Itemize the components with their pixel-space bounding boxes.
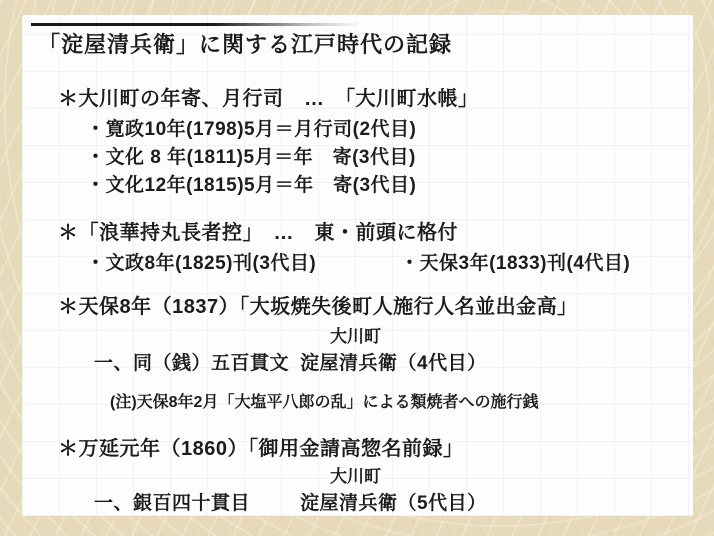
section-1-item: ・文化12年(1815)5月＝年 寄(3代目) — [86, 175, 416, 198]
section-3-note: (注)天保8年2月「大塩平八郎の乱」による類焼者への施行銭 — [110, 393, 538, 412]
section-3-header: ＊天保8年（1837）「大坂焼失後町人施行人名並出金高」 — [58, 295, 578, 319]
slide-background: 「淀屋清兵衛」に関する江戸時代の記録 ＊大川町の年寄、月行司 … 「大川町水帳」… — [0, 0, 714, 536]
section-2-item: ・天保3年(1833)刊(4代目) — [400, 253, 630, 276]
section-3-place-label: 大川町 — [330, 327, 381, 347]
entry-amount: 一、銀百四十貫目 — [94, 493, 250, 514]
section-1-header: ＊大川町の年寄、月行司 … 「大川町水帳」 — [58, 87, 479, 111]
top-rule — [31, 23, 361, 26]
slide-title: 「淀屋清兵衛」に関する江戸時代の記録 — [38, 32, 452, 58]
entry-amount: 一、同（銭）五百貫文 — [94, 353, 289, 374]
section-4-entry: 一、銀百四十貫目 淀屋清兵衛（5代目） — [94, 493, 250, 516]
content-panel: 「淀屋清兵衛」に関する江戸時代の記録 ＊大川町の年寄、月行司 … 「大川町水帳」… — [22, 15, 693, 516]
section-3-entry: 一、同（銭）五百貫文 淀屋清兵衛（4代目） — [94, 353, 289, 376]
section-2-items: ・文政8年(1825)刊(3代目) ・天保3年(1833)刊(4代目) — [86, 253, 316, 276]
section-4-header: ＊万延元年（1860）「御用金請高惣名前録」 — [58, 437, 464, 461]
section-1-item: ・寛政10年(1798)5月＝月行司(2代目) — [86, 119, 416, 142]
section-1-item: ・文化 8 年(1811)5月＝年 寄(3代目) — [86, 147, 416, 170]
section-4-place-label: 大川町 — [330, 467, 381, 487]
entry-name: 淀屋清兵衛（4代目） — [300, 353, 487, 376]
entry-name: 淀屋清兵衛（5代目） — [300, 493, 487, 516]
section-2-item: ・文政8年(1825)刊(3代目) — [86, 253, 316, 274]
section-2-header: ＊「浪華持丸長者控」 … 東・前頭に格付 — [58, 221, 458, 245]
